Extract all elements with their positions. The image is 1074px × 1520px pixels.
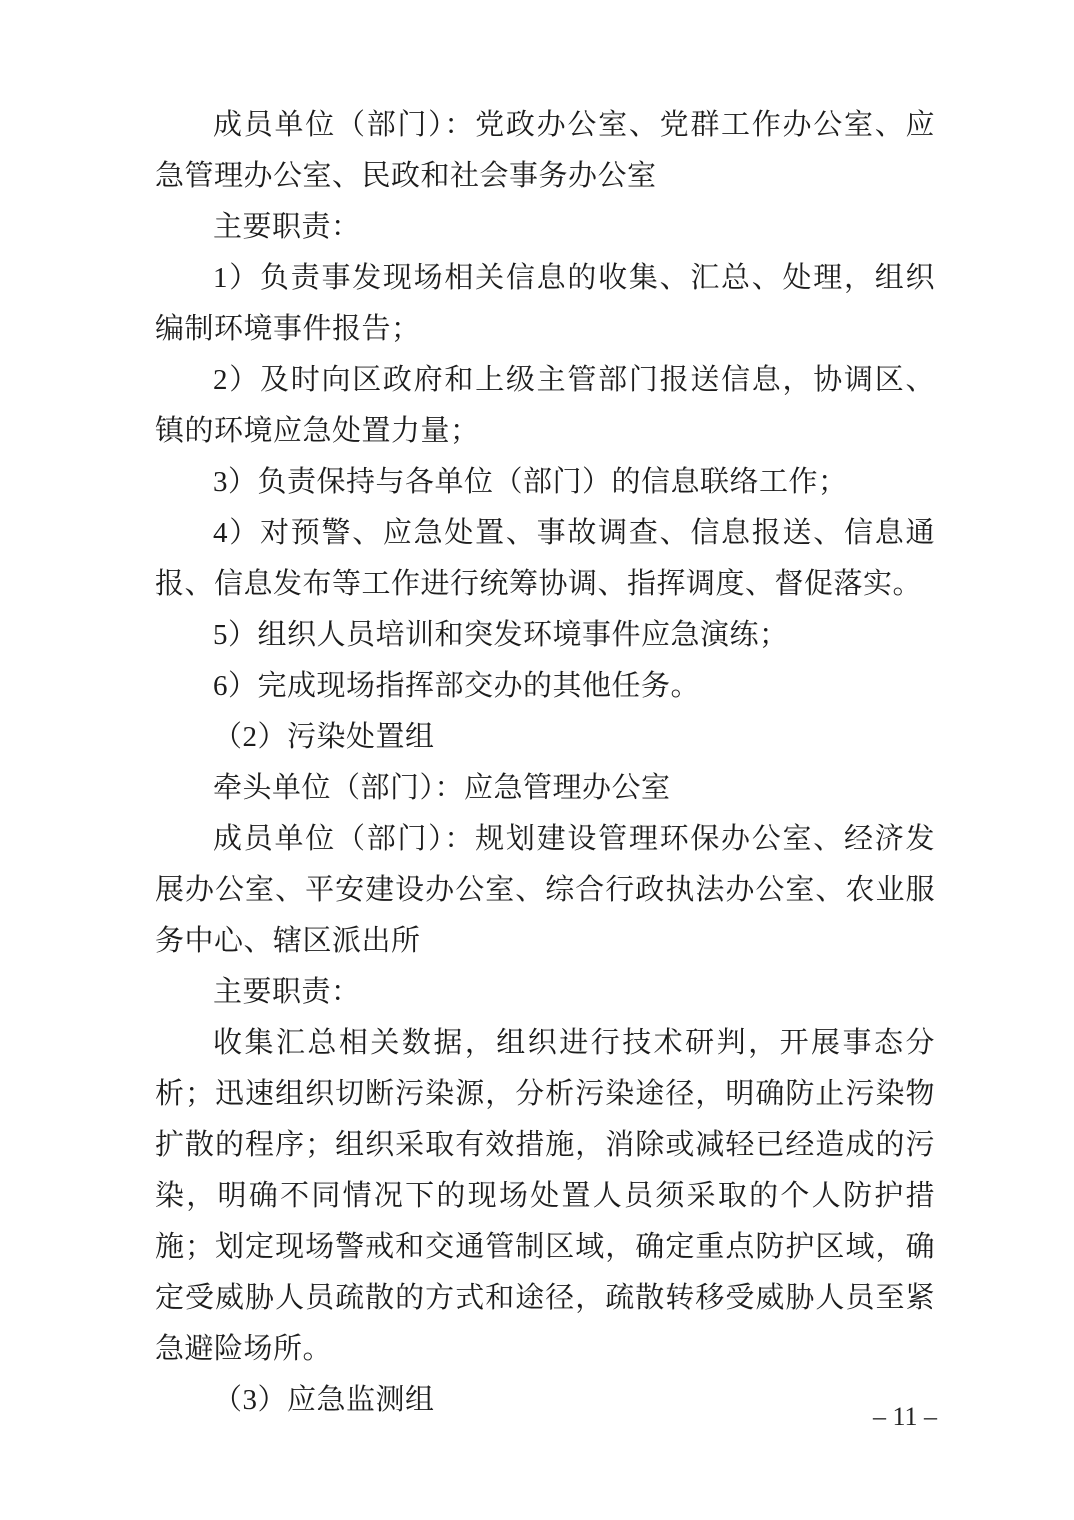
paragraph-section-monitoring-group: （3）应急监测组 [155, 1375, 935, 1426]
paragraph-member-units-2: 成员单位（部门）：规划建设管理环保办公室、经济发展办公室、平安建设办公室、综合行… [155, 814, 935, 967]
page-number: – 11 – [855, 1402, 955, 1432]
paragraph-section-pollution-group: （2）污染处置组 [155, 712, 935, 763]
paragraph-duty-item-5: 5）组织人员培训和突发环境事件应急演练； [155, 610, 935, 661]
paragraph-lead-unit: 牵头单位（部门）：应急管理办公室 [155, 763, 935, 814]
document-body: 成员单位（部门）：党政办公室、党群工作办公室、应急管理办公室、民政和社会事务办公… [155, 100, 935, 1426]
paragraph-member-units-1: 成员单位（部门）：党政办公室、党群工作办公室、应急管理办公室、民政和社会事务办公… [155, 100, 935, 202]
paragraph-duty-item-2: 2）及时向区政府和上级主管部门报送信息，协调区、镇的环境应急处置力量； [155, 355, 935, 457]
document-page: 成员单位（部门）：党政办公室、党群工作办公室、应急管理办公室、民政和社会事务办公… [0, 0, 1074, 1520]
paragraph-duty-item-1: 1）负责事发现场相关信息的收集、汇总、处理，组织编制环境事件报告； [155, 253, 935, 355]
paragraph-duties-heading-1: 主要职责： [155, 202, 935, 253]
paragraph-duty-item-4: 4）对预警、应急处置、事故调查、信息报送、信息通报、信息发布等工作进行统筹协调、… [155, 508, 935, 610]
paragraph-duty-item-6: 6）完成现场指挥部交办的其他任务。 [155, 661, 935, 712]
paragraph-duty-item-3: 3）负责保持与各单位（部门）的信息联络工作； [155, 457, 935, 508]
paragraph-duties-heading-2: 主要职责： [155, 967, 935, 1018]
paragraph-pollution-duties: 收集汇总相关数据，组织进行技术研判，开展事态分析；迅速组织切断污染源，分析污染途… [155, 1018, 935, 1375]
